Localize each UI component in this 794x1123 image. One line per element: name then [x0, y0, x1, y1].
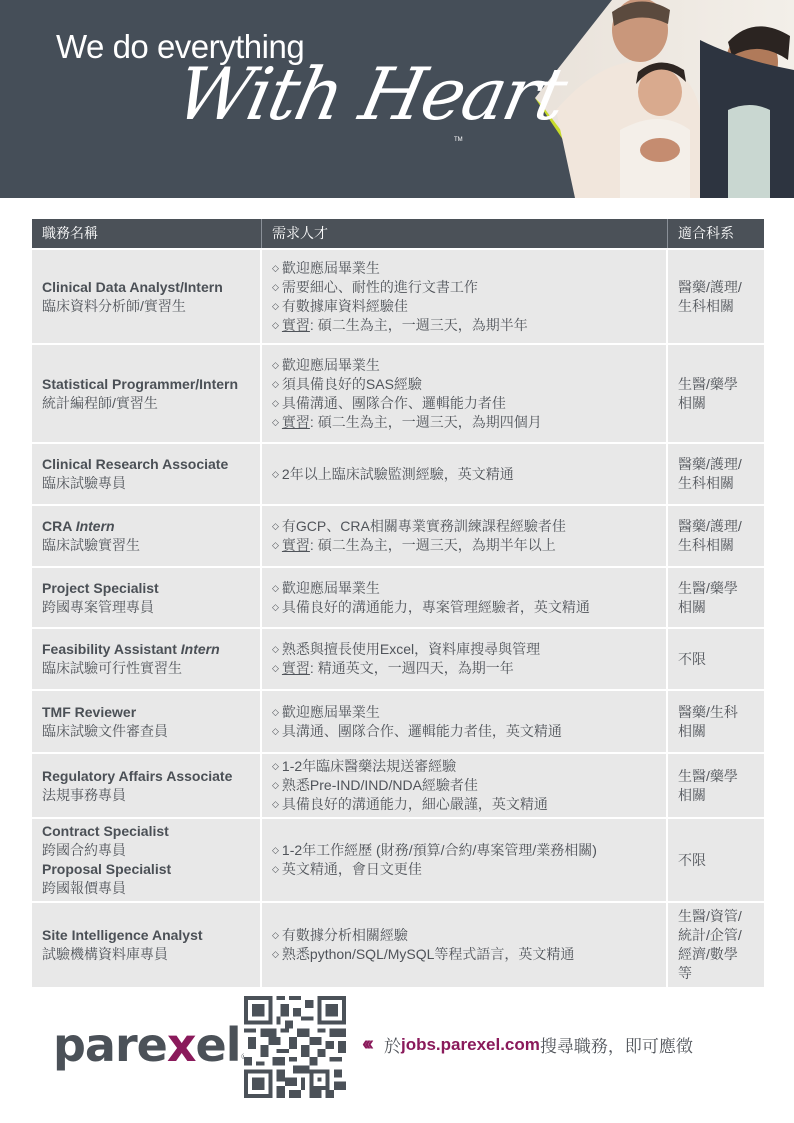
majors-cell: 醫藥/護理/生科相關: [668, 444, 764, 504]
diamond-bullet-icon: ◇: [272, 469, 279, 479]
diamond-bullet-icon: ◇: [272, 602, 279, 612]
requirements-cell: ◇熟悉與擅長使用Excel，資料庫搜尋與管理◇實習: 精通英文，一週四天，為期一…: [262, 629, 668, 689]
job-title-en: Contract Specialist: [42, 822, 260, 841]
job-title-cell: Clinical Research Associate臨床試驗專員: [32, 444, 262, 504]
requirement-item: ◇熟悉python/SQL/MySQL等程式語言，英文精通: [272, 945, 666, 964]
requirement-item: ◇1-2年臨床醫藥法規送審經驗: [272, 757, 666, 776]
job-title-en: Clinical Data Analyst/Intern: [42, 278, 260, 297]
table-header: 職務名稱 需求人才 適合科系: [32, 219, 764, 248]
major-text: 醫藥/護理/: [678, 517, 764, 536]
major-text: 醫藥/生科: [678, 703, 764, 722]
requirement-item: ◇熟悉Pre-IND/IND/NDA經驗者佳: [272, 776, 666, 795]
major-text: 相關: [678, 598, 764, 617]
requirement-item: ◇具備良好的溝通能力，細心嚴謹，英文精通: [272, 795, 666, 814]
table-row: Regulatory Affairs Associate法規事務專員◇1-2年臨…: [32, 754, 764, 817]
job-title-cell: Clinical Data Analyst/Intern臨床資料分析師/實習生: [32, 250, 262, 343]
requirement-item: ◇實習: 碩二生為主，一週三天，為期四個月: [272, 413, 666, 432]
majors-cell: 醫藥/護理/生科相關: [668, 506, 764, 566]
requirement-item: ◇有數據庫資料經驗佳: [272, 297, 666, 316]
table-row: Feasibility Assistant Intern臨床試驗可行性實習生◇熟…: [32, 629, 764, 689]
requirement-item: ◇須具備良好的SAS經驗: [272, 375, 666, 394]
diamond-bullet-icon: ◇: [272, 301, 279, 311]
diamond-bullet-icon: ◇: [272, 726, 279, 736]
requirement-item: ◇歡迎應屆畢業生: [272, 259, 666, 278]
header-requirements: 需求人才: [262, 219, 668, 248]
major-text: 相關: [678, 786, 764, 805]
diamond-bullet-icon: ◇: [272, 521, 279, 531]
job-title-zh: 跨國報價專員: [42, 879, 260, 898]
major-text: 相關: [678, 722, 764, 741]
job-title-zh: 跨國合約專員: [42, 841, 260, 860]
major-text: 生醫/藥學: [678, 579, 764, 598]
requirement-item: ◇有數據分析相關經驗: [272, 926, 666, 945]
majors-cell: 生醫/藥學相關: [668, 345, 764, 442]
diamond-bullet-icon: ◇: [272, 379, 279, 389]
requirements-cell: ◇2年以上臨床試驗監測經驗，英文精通: [262, 444, 668, 504]
diamond-bullet-icon: ◇: [272, 282, 279, 292]
job-title-en: Clinical Research Associate: [42, 455, 260, 474]
diamond-bullet-icon: ◇: [272, 949, 279, 959]
job-title-zh: 臨床試驗專員: [42, 474, 260, 493]
table-row: Project Specialist跨國專案管理專員◇歡迎應屆畢業生◇具備良好的…: [32, 568, 764, 627]
majors-cell: 不限: [668, 819, 764, 901]
table-row: Contract Specialist跨國合約專員Proposal Specia…: [32, 819, 764, 901]
table-row: Site Intelligence Analyst試驗機構資料庫專員◇有數據分析…: [32, 903, 764, 987]
job-title-cell: TMF Reviewer臨床試驗文件審查員: [32, 691, 262, 752]
requirement-item: ◇需要細心、耐性的進行文書工作: [272, 278, 666, 297]
major-text: 醫藥/護理/: [678, 455, 764, 474]
requirement-item: ◇歡迎應屆畢業生: [272, 703, 666, 722]
table-row: TMF Reviewer臨床試驗文件審查員◇歡迎應屆畢業生◇具溝通、團隊合作、邏…: [32, 691, 764, 752]
table-body: Clinical Data Analyst/Intern臨床資料分析師/實習生◇…: [32, 250, 764, 987]
cta-suffix: 搜尋職務，即可應徵: [540, 1032, 693, 1057]
header-majors: 適合科系: [668, 219, 764, 248]
requirement-item: ◇歡迎應屆畢業生: [272, 356, 666, 375]
major-text: 生科相關: [678, 297, 764, 316]
logo-text-end: el: [196, 1018, 241, 1072]
requirements-cell: ◇歡迎應屆畢業生◇具溝通、團隊合作、邏輯能力者佳，英文精通: [262, 691, 668, 752]
majors-cell: 醫藥/護理/生科相關: [668, 250, 764, 343]
jobs-link[interactable]: jobs.parexel.com: [401, 1035, 540, 1055]
major-text: 生醫/藥學: [678, 767, 764, 786]
job-title-en: Site Intelligence Analyst: [42, 926, 260, 945]
table-row: Clinical Research Associate臨床試驗專員◇2年以上臨床…: [32, 444, 764, 504]
job-title-zh: 法規事務專員: [42, 786, 260, 805]
diamond-bullet-icon: ◇: [272, 845, 279, 855]
qr-code[interactable]: [244, 996, 346, 1098]
requirement-item: ◇實習: 碩二生為主，一週三天，為期半年以上: [272, 536, 666, 555]
majors-cell: 不限: [668, 629, 764, 689]
job-title-cell: Project Specialist跨國專案管理專員: [32, 568, 262, 627]
requirement-item: ◇具備溝通、團隊合作、邏輯能力者佳: [272, 394, 666, 413]
requirement-item: ◇熟悉與擅長使用Excel，資料庫搜尋與管理: [272, 640, 666, 659]
requirement-item: ◇具備良好的溝通能力，專案管理經驗者，英文精通: [272, 598, 666, 617]
requirement-item: ◇2年以上臨床試驗監測經驗，英文精通: [272, 465, 666, 484]
job-title-en: Project Specialist: [42, 579, 260, 598]
job-title-zh: 試驗機構資料庫專員: [42, 945, 260, 964]
job-title-cell: Contract Specialist跨國合約專員Proposal Specia…: [32, 819, 262, 901]
job-title-zh: 臨床試驗文件審查員: [42, 722, 260, 741]
table-row: CRA Intern臨床試驗實習生◇有GCP、CRA相關專業實務訓練課程經驗者佳…: [32, 506, 764, 566]
requirement-item: ◇歡迎應屆畢業生: [272, 579, 666, 598]
job-title-cell: Statistical Programmer/Intern統計編程師/實習生: [32, 345, 262, 442]
majors-cell: 生醫/資管/統計/企管/經濟/數學等: [668, 903, 764, 987]
trademark: TM: [454, 137, 463, 143]
diamond-bullet-icon: ◇: [272, 417, 279, 427]
diamond-bullet-icon: ◇: [272, 663, 279, 673]
majors-cell: 生醫/藥學相關: [668, 568, 764, 627]
call-to-action: ‹‹‹ 於 jobs.parexel.com 搜尋職務，即可應徵: [362, 1032, 693, 1057]
requirements-cell: ◇有GCP、CRA相關專業實務訓練課程經驗者佳◇實習: 碩二生為主，一週三天，為…: [262, 506, 668, 566]
job-title-en: Feasibility Assistant Intern: [42, 640, 260, 659]
requirement-item: ◇有GCP、CRA相關專業實務訓練課程經驗者佳: [272, 517, 666, 536]
job-title-cell: CRA Intern臨床試驗實習生: [32, 506, 262, 566]
major-text: 不限: [678, 851, 764, 870]
parexel-logo: parexel®: [53, 1018, 247, 1072]
requirement-item: ◇實習: 碩二生為主，一週三天，為期半年: [272, 316, 666, 335]
job-title-en: Regulatory Affairs Associate: [42, 767, 260, 786]
job-title-zh: 臨床資料分析師/實習生: [42, 297, 260, 316]
diamond-bullet-icon: ◇: [272, 780, 279, 790]
table-row: Clinical Data Analyst/Intern臨床資料分析師/實習生◇…: [32, 250, 764, 343]
diamond-bullet-icon: ◇: [272, 799, 279, 809]
requirements-cell: ◇1-2年工作經歷 (財務/預算/合約/專案管理/業務相關)◇英文精通，會日文更…: [262, 819, 668, 901]
script-heading: With Heart: [170, 58, 571, 130]
logo-text: pare: [53, 1018, 167, 1072]
requirement-item: ◇具溝通、團隊合作、邏輯能力者佳，英文精通: [272, 722, 666, 741]
major-text: 生科相關: [678, 474, 764, 493]
major-text: 不限: [678, 650, 764, 669]
majors-cell: 醫藥/生科相關: [668, 691, 764, 752]
requirements-cell: ◇歡迎應屆畢業生◇須具備良好的SAS經驗◇具備溝通、團隊合作、邏輯能力者佳◇實習…: [262, 345, 668, 442]
requirements-cell: ◇有數據分析相關經驗◇熟悉python/SQL/MySQL等程式語言，英文精通: [262, 903, 668, 987]
major-text: 醫藥/護理/: [678, 278, 764, 297]
requirement-item: ◇1-2年工作經歷 (財務/預算/合約/專案管理/業務相關): [272, 841, 666, 860]
job-title-en: TMF Reviewer: [42, 703, 260, 722]
diamond-bullet-icon: ◇: [272, 864, 279, 874]
major-text: 生醫/資管/: [678, 907, 764, 926]
requirements-cell: ◇歡迎應屆畢業生◇具備良好的溝通能力，專案管理經驗者，英文精通: [262, 568, 668, 627]
job-title-zh: 臨床試驗可行性實習生: [42, 659, 260, 678]
logo-x: x: [167, 1018, 196, 1072]
diamond-bullet-icon: ◇: [272, 930, 279, 940]
diamond-bullet-icon: ◇: [272, 583, 279, 593]
diamond-bullet-icon: ◇: [272, 398, 279, 408]
table-row: Statistical Programmer/Intern統計編程師/實習生◇歡…: [32, 345, 764, 442]
cta-prefix: 於: [384, 1032, 401, 1057]
job-title-en: Proposal Specialist: [42, 860, 260, 879]
job-title-en: Statistical Programmer/Intern: [42, 375, 260, 394]
major-text: 統計/企管/: [678, 926, 764, 945]
hero-banner: We do everything With Heart TM: [0, 0, 794, 198]
major-text: 經濟/數學: [678, 945, 764, 964]
header-job-title: 職務名稱: [32, 219, 262, 248]
major-text: 等: [678, 964, 764, 983]
majors-cell: 生醫/藥學相關: [668, 754, 764, 817]
job-title-zh: 統計編程師/實習生: [42, 394, 260, 413]
job-title-en: CRA Intern: [42, 517, 260, 536]
major-text: 相關: [678, 394, 764, 413]
diamond-bullet-icon: ◇: [272, 707, 279, 717]
diamond-bullet-icon: ◇: [272, 263, 279, 273]
job-title-zh: 跨國專案管理專員: [42, 598, 260, 617]
diamond-bullet-icon: ◇: [272, 360, 279, 370]
requirement-item: ◇英文精通，會日文更佳: [272, 860, 666, 879]
requirements-cell: ◇歡迎應屆畢業生◇需要細心、耐性的進行文書工作◇有數據庫資料經驗佳◇實習: 碩二…: [262, 250, 668, 343]
major-text: 生科相關: [678, 536, 764, 555]
job-title-cell: Site Intelligence Analyst試驗機構資料庫專員: [32, 903, 262, 987]
job-title-zh: 臨床試驗實習生: [42, 536, 260, 555]
diamond-bullet-icon: ◇: [272, 761, 279, 771]
diamond-bullet-icon: ◇: [272, 540, 279, 550]
diamond-bullet-icon: ◇: [272, 320, 279, 330]
diamond-bullet-icon: ◇: [272, 644, 279, 654]
job-title-cell: Regulatory Affairs Associate法規事務專員: [32, 754, 262, 817]
requirement-item: ◇實習: 精通英文，一週四天，為期一年: [272, 659, 666, 678]
triple-chevron-left-icon: ‹‹‹: [362, 1033, 370, 1056]
major-text: 生醫/藥學: [678, 375, 764, 394]
job-title-cell: Feasibility Assistant Intern臨床試驗可行性實習生: [32, 629, 262, 689]
jobs-table: 職務名稱 需求人才 適合科系 Clinical Data Analyst/Int…: [32, 219, 764, 987]
requirements-cell: ◇1-2年臨床醫藥法規送審經驗◇熟悉Pre-IND/IND/NDA經驗者佳◇具備…: [262, 754, 668, 817]
